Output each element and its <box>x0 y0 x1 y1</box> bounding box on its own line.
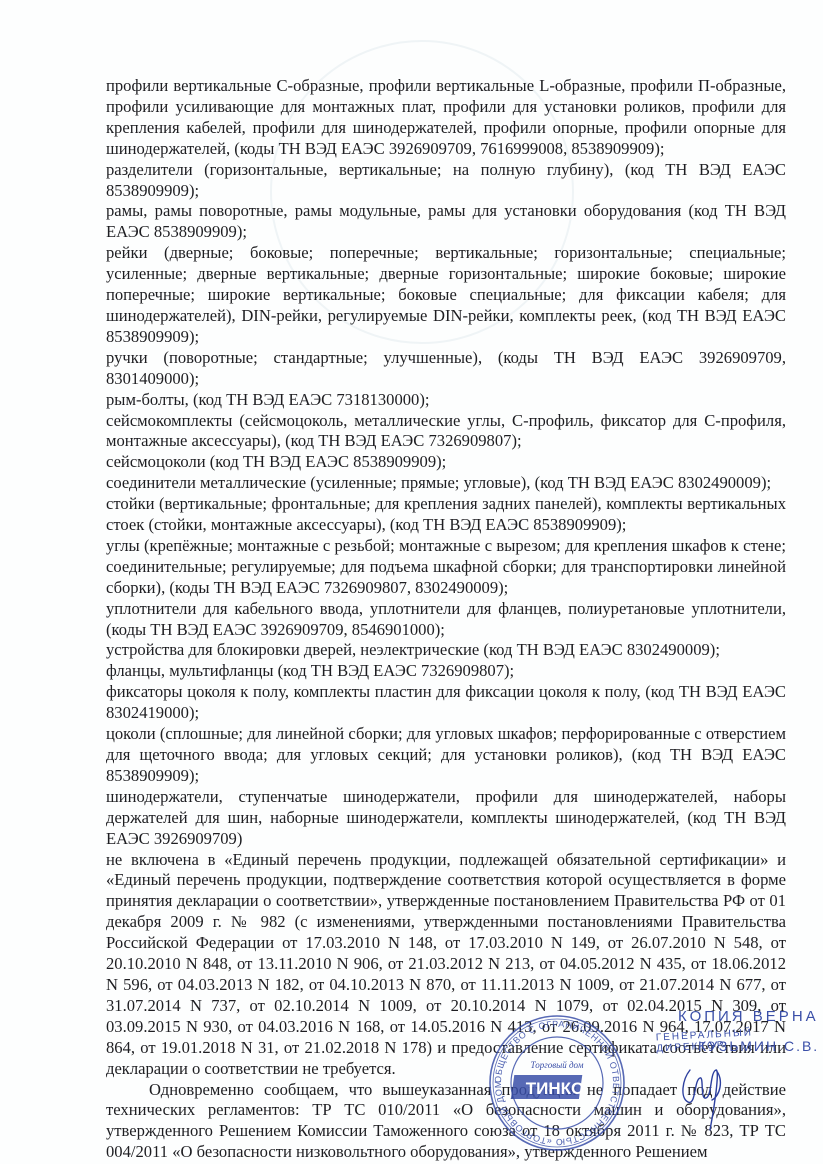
paragraph-separators: разделители (горизонтальные, вертикальны… <box>106 160 786 202</box>
paragraph-eye-bolts: рым-болты, (код ТН ВЭД ЕАЭС 7318130000); <box>106 390 786 411</box>
signature-icon <box>660 1050 740 1140</box>
company-seal: ОБЩЕСТВО С ОГРАНИЧЕННОЙ ОТВЕТСТВЕННОСТЬЮ… <box>487 1013 627 1153</box>
svg-text:Торговый дом: Торговый дом <box>531 1060 584 1070</box>
paragraph-plinth-fixators: фиксаторы цоколя к полу, комплекты пласт… <box>106 682 786 724</box>
seal-icon: ОБЩЕСТВО С ОГРАНИЧЕННОЙ ОТВЕТСТВЕННОСТЬЮ… <box>487 1013 627 1153</box>
copy-stamp-title: КОПИЯ ВЕРНА <box>678 1008 819 1025</box>
paragraph-racks: стойки (вертикальные; фронтальные; для к… <box>106 494 786 536</box>
paragraph-plinths: цоколи (сплошные; для линейной сборки; д… <box>106 724 786 787</box>
paragraph-seismic-kits: сейсмокомплекты (сейсмоцоколь, металличе… <box>106 411 786 453</box>
paragraph-rails: рейки (дверные; боковые; поперечные; вер… <box>106 243 786 348</box>
paragraph-door-locks: устройства для блокировки дверей, неэлек… <box>106 640 786 661</box>
document-page: профили вертикальные С-образные, профили… <box>0 0 823 1164</box>
svg-text:ТИНКО: ТИНКО <box>526 1079 584 1098</box>
signature <box>660 1050 740 1140</box>
paragraph-connectors: соединители металлические (усиленные; пр… <box>106 473 786 494</box>
paragraph-handles: ручки (поворотные; стандартные; улучшенн… <box>106 348 786 390</box>
paragraph-flanges: фланцы, мультифланцы (код ТН ВЭД ЕАЭС 73… <box>106 661 786 682</box>
paragraph-profiles: профили вертикальные С-образные, профили… <box>106 76 786 160</box>
paragraph-seismic-plinths: сейсмоцоколи (код ТН ВЭД ЕАЭС 8538909909… <box>106 452 786 473</box>
paragraph-corners: углы (крепёжные; монтажные с резьбой; мо… <box>106 536 786 599</box>
paragraph-busbar-holders: шинодержатели, ступенчатые шинодержатели… <box>106 787 786 850</box>
paragraph-seals: уплотнители для кабельного ввода, уплотн… <box>106 599 786 641</box>
document-body: профили вертикальные С-образные, профили… <box>106 76 786 1163</box>
paragraph-frames: рамы, рамы поворотные, рамы модульные, р… <box>106 201 786 243</box>
